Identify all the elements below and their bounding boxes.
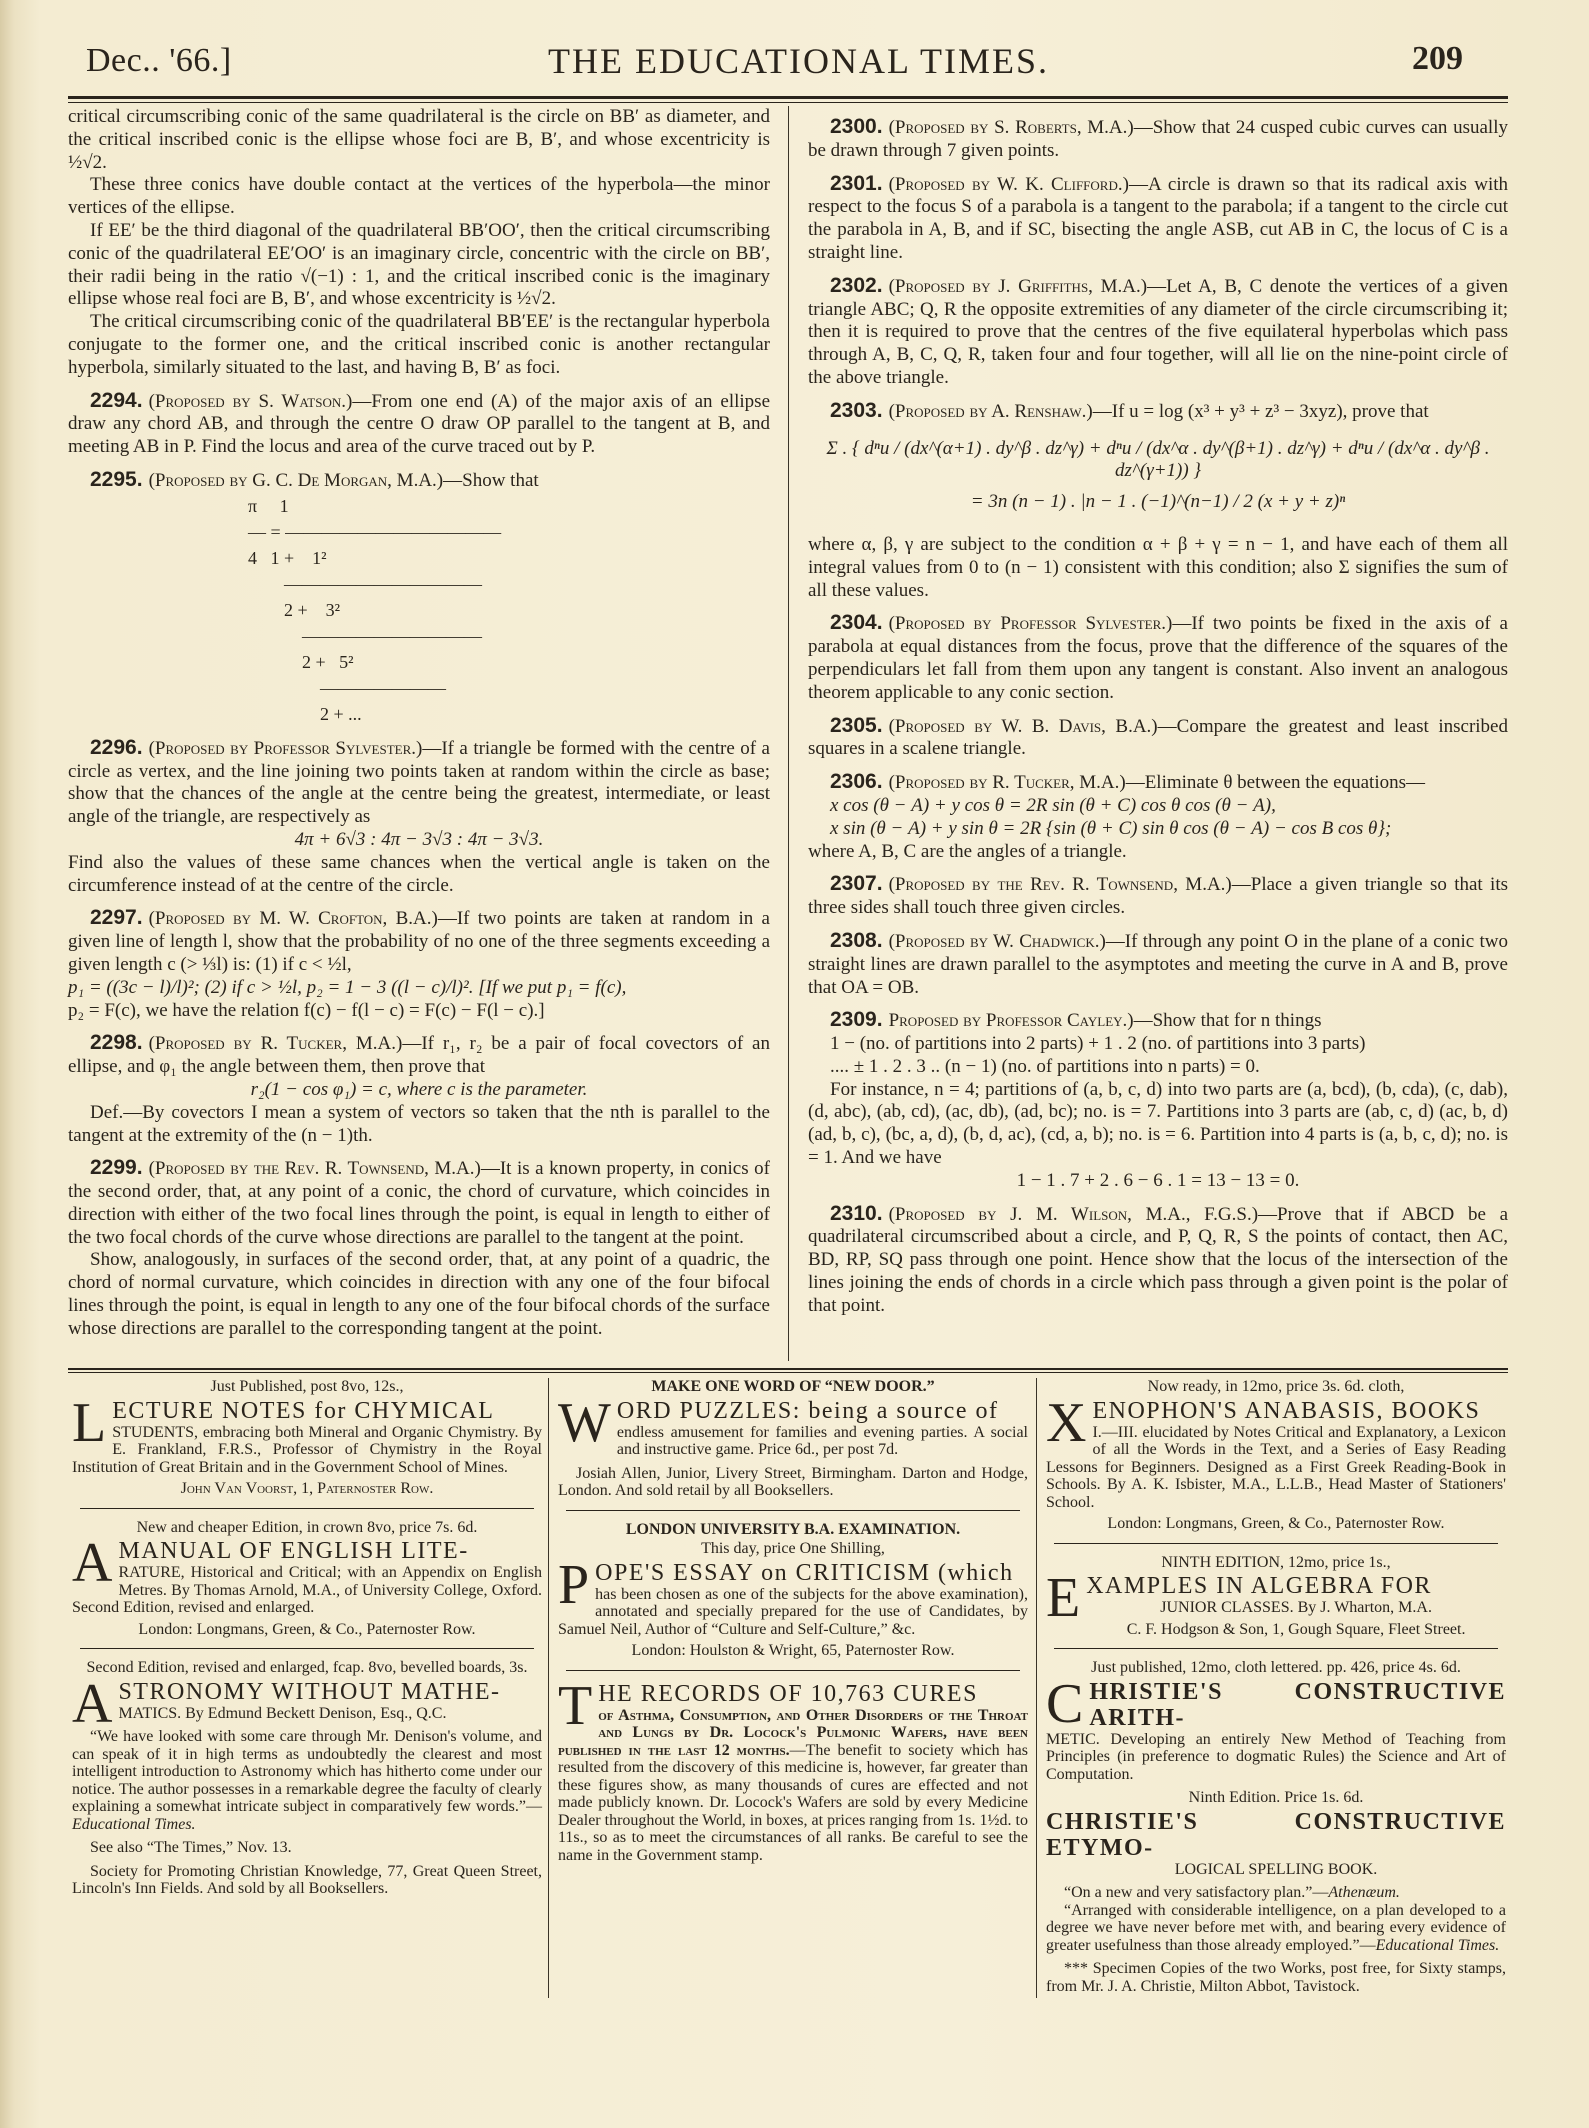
- ad-column-divider: [548, 1378, 549, 1998]
- problem-2299: 2299.(Proposed by the Rev. R. Townsend, …: [68, 1157, 770, 1249]
- problem-proposer: (Proposed by R. Tucker, M.A.): [889, 772, 1126, 793]
- problem-number: 2309.: [830, 1008, 883, 1031]
- problem-continuation: p₂ = F(c), we have the relation f(c) − f…: [68, 1000, 770, 1023]
- formula-line: — = ————————————: [248, 519, 770, 545]
- ad-publisher: Society for Promoting Christian Knowledg…: [72, 1863, 542, 1898]
- problem-number: 2296.: [90, 736, 143, 759]
- drop-cap: E: [1046, 1575, 1080, 1621]
- ad-lecture-notes: Just Published, post 8vo, 12s., L ECTURE…: [72, 1378, 542, 1509]
- formula-line: ——————————: [248, 623, 770, 649]
- problem-number: 2310.: [830, 1202, 883, 1225]
- formula: 1 − 1 . 7 + 2 . 6 − 6 . 1 = 13 − 13 = 0.: [808, 1170, 1508, 1193]
- ad-headline: STRONOMY WITHOUT MATHE-: [72, 1679, 542, 1705]
- ad-separator: [1054, 1543, 1498, 1544]
- ad-preheading: Now ready, in 12mo, price 3s. 6d. cloth,: [1046, 1378, 1506, 1396]
- ad-popes-essay: LONDON UNIVERSITY B.A. EXAMINATION. This…: [558, 1521, 1028, 1671]
- ad-review-quote: “Arranged with considerable intelligence…: [1046, 1902, 1506, 1955]
- ad-preheading: NINTH EDITION, 12mo, price 1s.,: [1046, 1554, 1506, 1572]
- ad-xenophon-anabasis: Now ready, in 12mo, price 3s. 6d. cloth,…: [1046, 1378, 1506, 1544]
- formula-line: 4 1 + 1²: [248, 545, 770, 571]
- ad-subheading: Ninth Edition. Price 1s. 6d.: [1046, 1789, 1506, 1807]
- continued-fraction-formula: π 1 — = ———————————— 4 1 + 1² ——————————…: [248, 493, 770, 727]
- ad-examples-algebra: NINTH EDITION, 12mo, price 1s., E XAMPLE…: [1046, 1554, 1506, 1650]
- right-column: 2300.(Proposed by S. Roberts, M.A.)—Show…: [808, 106, 1508, 1318]
- problem-continuation: where A, B, C are the angles of a triang…: [808, 841, 1508, 864]
- problem-proposer: (Proposed by S. Roberts, M.A.): [889, 117, 1134, 138]
- problem-proposer: (Proposed by Professor Sylvester.): [889, 613, 1173, 634]
- formula: .... ± 1 . 2 . 3 .. (n − 1) (no. of part…: [830, 1056, 1508, 1079]
- quote-source: Educational Times.: [72, 1816, 196, 1833]
- ad-body: JUNIOR CLASSES. By J. Wharton, M.A.: [1046, 1599, 1506, 1617]
- ad-review-quote: “On a new and very satisfactory plan.”—A…: [1046, 1884, 1506, 1902]
- problem-2309: 2309.Proposed by Professor Cayley.)—Show…: [808, 1009, 1508, 1033]
- problem-2301: 2301.(Proposed by W. K. Clifford.)—A cir…: [808, 173, 1508, 265]
- ad-locock-wafers: T HE RECORDS OF 10,763 CURES of Asthma, …: [558, 1681, 1028, 1865]
- problem-2303: 2303.(Proposed by A. Renshaw.)—If u = lo…: [808, 400, 1508, 424]
- ad-subheading: This day, price One Shilling,: [558, 1540, 1028, 1558]
- drop-cap: P: [558, 1562, 589, 1608]
- drop-cap: X: [1046, 1400, 1086, 1446]
- problem-2298: 2298.(Proposed by R. Tucker, M.A.)—If r₁…: [68, 1032, 770, 1079]
- ad-christie-arithmetic: Just published, 12mo, cloth lettered. pp…: [1046, 1659, 1506, 1995]
- issue-date: Dec.. '66.]: [86, 42, 232, 80]
- ad-headline: MANUAL OF ENGLISH LITE-: [72, 1538, 542, 1564]
- ad-astronomy: Second Edition, revised and enlarged, fc…: [72, 1659, 542, 1898]
- ad-body: MATICS. By Edmund Beckett Denison, Esq.,…: [72, 1705, 542, 1723]
- problem-number: 2300.: [830, 115, 883, 138]
- problem-number: 2302.: [830, 274, 883, 297]
- problem-text: —Show that: [443, 470, 539, 491]
- ad-headline: HE RECORDS OF 10,763 CURES: [558, 1681, 1028, 1707]
- formula-line: ———————: [248, 675, 770, 701]
- ad-preheading: New and cheaper Edition, in crown 8vo, p…: [72, 1519, 542, 1537]
- header-rule: [68, 96, 1508, 103]
- ad-body: of Asthma, Consumption, and Other Disord…: [558, 1707, 1028, 1865]
- formula-line: π 1: [248, 493, 770, 519]
- drop-cap: L: [72, 1400, 106, 1446]
- ad-headline: ENOPHON'S ANABASIS, BOOKS: [1046, 1398, 1506, 1424]
- continuation-paragraph: critical circumscribing conic of the sam…: [68, 106, 770, 174]
- problem-proposer: (Proposed by J. Griffiths, M.A.): [889, 276, 1148, 297]
- problem-number: 2308.: [830, 929, 883, 952]
- ad-column-divider: [1036, 1378, 1037, 1998]
- problem-proposer: (Proposed by W. K. Clifford.): [889, 174, 1129, 195]
- problem-2302: 2302.(Proposed by J. Griffiths, M.A.)—Le…: [808, 275, 1508, 390]
- problem-2306: 2306.(Proposed by R. Tucker, M.A.)—Elimi…: [808, 771, 1508, 795]
- ad-body: endless amusement for families and eveni…: [558, 1424, 1028, 1459]
- formula-line: ———————————: [248, 571, 770, 597]
- problem-proposer: (Proposed by the Rev. R. Townsend, M.A.): [149, 1158, 481, 1179]
- ad-separator: [80, 1508, 534, 1509]
- problem-number: 2298.: [90, 1031, 143, 1054]
- ad-preheading: MAKE ONE WORD OF “NEW DOOR.”: [558, 1378, 1028, 1396]
- problem-proposer: (Proposed by J. M. Wilson, M.A., F.G.S.): [889, 1204, 1258, 1225]
- problem-2305: 2305.(Proposed by W. B. Davis, B.A.)—Com…: [808, 715, 1508, 762]
- problem-number: 2297.: [90, 906, 143, 929]
- ad-word-puzzles: MAKE ONE WORD OF “NEW DOOR.” W ORD PUZZL…: [558, 1378, 1028, 1511]
- drop-cap: W: [558, 1400, 611, 1446]
- ad-headline-2: CHRISTIE'S CONSTRUCTIVE ETYMO-: [1046, 1809, 1506, 1861]
- running-header: Dec.. '66.] THE EDUCATIONAL TIMES. 209: [68, 0, 1508, 100]
- problems-section: critical circumscribing conic of the sam…: [68, 106, 1508, 1366]
- ad-column-1: Just Published, post 8vo, 12s., L ECTURE…: [72, 1378, 542, 1908]
- problem-2308: 2308.(Proposed by W. Chadwick.)—If throu…: [808, 930, 1508, 999]
- advertisements-section: Just Published, post 8vo, 12s., L ECTURE…: [68, 1378, 1508, 2098]
- ad-manual-english-literature: New and cheaper Edition, in crown 8vo, p…: [72, 1519, 542, 1650]
- problem-2296: 2296.(Proposed by Professor Sylvester.)—…: [68, 737, 770, 829]
- drop-cap: A: [72, 1540, 112, 1586]
- publication-title: THE EDUCATIONAL TIMES.: [548, 40, 1049, 82]
- ad-body: METIC. Developing an entirely New Method…: [1046, 1731, 1506, 1784]
- problem-number: 2303.: [830, 399, 883, 422]
- problem-text: —Eliminate θ between the equations—: [1126, 772, 1425, 793]
- section-rule: [68, 1368, 1508, 1373]
- problem-proposer: (Proposed by W. Chadwick.): [889, 931, 1106, 952]
- formula-sum: Σ . { dⁿu / (dx^(α+1) . dy^β . dz^γ) + d…: [808, 438, 1508, 484]
- problem-2310: 2310.(Proposed by J. M. Wilson, M.A., F.…: [808, 1203, 1508, 1318]
- quote-text: “On a new and very satisfactory plan.”—: [1064, 1884, 1328, 1901]
- ad-preheading: Just published, 12mo, cloth lettered. pp…: [1046, 1659, 1506, 1677]
- formula-line: 2 + 3²: [248, 597, 770, 623]
- ad-column-2: MAKE ONE WORD OF “NEW DOOR.” W ORD PUZZL…: [558, 1378, 1028, 1874]
- problem-text: —If u = log (x³ + y³ + z³ − 3xyz), prove…: [1093, 401, 1429, 422]
- formula-line: 2 + 5²: [248, 649, 770, 675]
- formula-line: 2 + ...: [248, 701, 770, 727]
- problem-number: 2307.: [830, 872, 883, 895]
- problem-proposer: (Proposed by A. Renshaw.): [889, 401, 1093, 422]
- problem-proposer: (Proposed by G. C. De Morgan, M.A.): [149, 470, 444, 491]
- quote-text: “We have looked with some care through M…: [72, 1728, 542, 1815]
- ad-preheading: LONDON UNIVERSITY B.A. EXAMINATION.: [558, 1521, 1028, 1539]
- problem-proposer: (Proposed by W. B. Davis, B.A.): [889, 716, 1158, 737]
- ad-note: See also “The Times,” Nov. 13.: [72, 1839, 542, 1857]
- drop-cap: A: [72, 1681, 112, 1727]
- continuation-paragraph: These three conics have double contact a…: [68, 174, 770, 220]
- problem-proposer: Proposed by Professor Cayley.): [889, 1010, 1134, 1031]
- problem-number: 2301.: [830, 172, 883, 195]
- ad-body: I.—III. elucidated by Notes Critical and…: [1046, 1424, 1506, 1512]
- problem-number: 2304.: [830, 611, 883, 634]
- ad-publisher: Josiah Allen, Junior, Livery Street, Bir…: [558, 1465, 1028, 1500]
- ad-separator: [566, 1670, 1020, 1671]
- drop-cap: T: [558, 1683, 592, 1729]
- problem-number: 2295.: [90, 468, 143, 491]
- problem-proposer: (Proposed by S. Watson.): [149, 391, 353, 412]
- quote-source: Educational Times.: [1376, 1937, 1500, 1954]
- ad-preheading: Just Published, post 8vo, 12s.,: [72, 1378, 542, 1396]
- problem-proposer: (Proposed by M. W. Crofton, B.A.): [149, 908, 438, 929]
- ad-body: has been chosen as one of the subjects f…: [558, 1586, 1028, 1639]
- ad-headline: ORD PUZZLES: being a source of: [558, 1398, 1028, 1424]
- newspaper-page: Dec.. '66.] THE EDUCATIONAL TIMES. 209 c…: [68, 0, 1508, 100]
- formula-result: = 3n (n − 1) . |n − 1 . (−1)^(n−1) / 2 (…: [808, 491, 1508, 514]
- problem-proposer: (Proposed by R. Tucker, M.A.): [149, 1033, 403, 1054]
- ad-headline: HRISTIE'S CONSTRUCTIVE ARITH-: [1046, 1679, 1506, 1731]
- ad-publisher: London: Longmans, Green, & Co., Paternos…: [72, 1621, 542, 1639]
- quote-source: Athenæum.: [1328, 1884, 1400, 1901]
- problem-text: —Show that for n things: [1134, 1010, 1322, 1031]
- formula: 4π + 6√3 : 4π − 3√3 : 4π − 3√3.: [68, 829, 770, 852]
- problem-proposer: (Proposed by Professor Sylvester.): [149, 738, 423, 759]
- page-number: 209: [1412, 40, 1463, 78]
- problem-continuation: Show, analogously, in surfaces of the se…: [68, 1249, 770, 1340]
- ad-publisher: C. F. Hodgson & Son, 1, Gough Square, Fl…: [1046, 1621, 1506, 1639]
- continuation-paragraph: The critical circumscribing conic of the…: [68, 311, 770, 379]
- formula: x sin (θ − A) + y sin θ = 2R {sin (θ + C…: [830, 818, 1508, 841]
- ad-separator: [566, 1510, 1020, 1511]
- problem-proposer: (Proposed by the Rev. R. Townsend, M.A.): [889, 874, 1232, 895]
- column-divider: [788, 106, 789, 1361]
- ad-preheading: Second Edition, revised and enlarged, fc…: [72, 1659, 542, 1677]
- problem-continuation: where α, β, γ are subject to the conditi…: [808, 534, 1508, 602]
- problem-number: 2305.: [830, 714, 883, 737]
- problem-continuation: Find also the values of these same chanc…: [68, 852, 770, 898]
- ad-note: *** Specimen Copies of the two Works, po…: [1046, 1960, 1506, 1995]
- ad-publisher: London: Houlston & Wright, 65, Paternost…: [558, 1642, 1028, 1660]
- problem-2304: 2304.(Proposed by Professor Sylvester.)—…: [808, 612, 1508, 704]
- ad-separator: [80, 1648, 534, 1649]
- problem-2295: 2295.(Proposed by G. C. De Morgan, M.A.)…: [68, 469, 770, 493]
- ad-headline: OPE'S ESSAY on CRITICISM (which: [558, 1560, 1028, 1586]
- ad-headline: XAMPLES IN ALGEBRA FOR: [1046, 1573, 1506, 1599]
- problem-2307: 2307.(Proposed by the Rev. R. Townsend, …: [808, 873, 1508, 920]
- problem-number: 2299.: [90, 1156, 143, 1179]
- ad-publisher: John Van Voorst, 1, Paternoster Row.: [72, 1480, 542, 1498]
- problem-number: 2294.: [90, 389, 143, 412]
- ad-review-quote: “We have looked with some care through M…: [72, 1728, 542, 1833]
- ad-column-3: Now ready, in 12mo, price 3s. 6d. cloth,…: [1046, 1378, 1506, 2005]
- problem-definition: Def.—By covectors I mean a system of vec…: [68, 1102, 770, 1148]
- ad-body: RATURE, Historical and Critical; with an…: [72, 1564, 542, 1617]
- left-column: critical circumscribing conic of the sam…: [68, 106, 770, 1341]
- formula: 1 − (no. of partitions into 2 parts) + 1…: [830, 1033, 1508, 1056]
- ad-headline-2-continued: LOGICAL SPELLING BOOK.: [1046, 1861, 1506, 1879]
- ad-headline: ECTURE NOTES for CHYMICAL: [72, 1398, 542, 1424]
- problem-2294: 2294.(Proposed by S. Watson.)—From one e…: [68, 390, 770, 459]
- ad-separator: [1054, 1648, 1498, 1649]
- ad-body-text: —The benefit to society which has result…: [558, 1742, 1028, 1864]
- continuation-paragraph: If EE′ be the third diagonal of the quad…: [68, 220, 770, 311]
- problem-2297: 2297.(Proposed by M. W. Crofton, B.A.)—I…: [68, 907, 770, 976]
- problem-number: 2306.: [830, 770, 883, 793]
- formula: x cos (θ − A) + y cos θ = 2R sin (θ + C)…: [830, 795, 1508, 818]
- ad-body: STUDENTS, embracing both Mineral and Org…: [72, 1424, 542, 1477]
- problem-2300: 2300.(Proposed by S. Roberts, M.A.)—Show…: [808, 116, 1508, 163]
- drop-cap: C: [1046, 1681, 1083, 1727]
- formula: p₁ = ((3c − l)/l)²; (2) if c > ½l, p₂ = …: [68, 977, 770, 1000]
- problem-continuation: For instance, n = 4; partitions of (a, b…: [808, 1079, 1508, 1170]
- ad-publisher: London: Longmans, Green, & Co., Paternos…: [1046, 1515, 1506, 1533]
- formula: r₂(1 − cos φ₁) = c, where c is the param…: [68, 1079, 770, 1102]
